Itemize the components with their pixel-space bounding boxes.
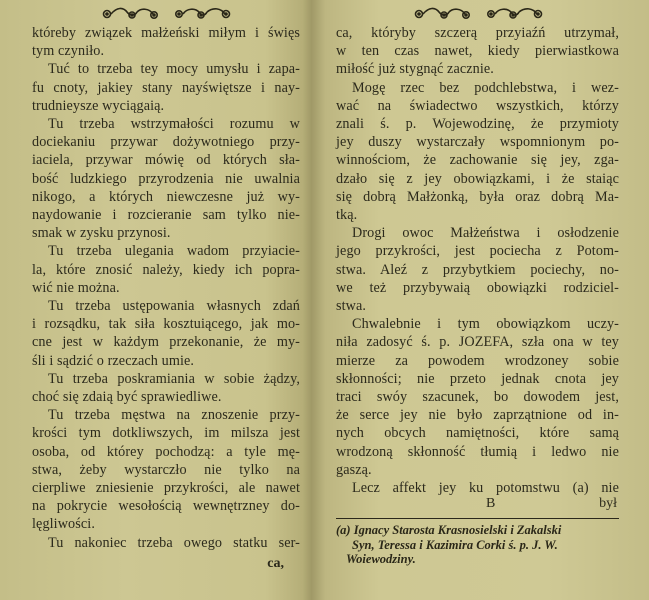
text-line: stwa. <box>336 297 619 315</box>
text-line: nych obcych namiętności, które samą <box>336 424 619 442</box>
text-line: Tuć to trzeba tey mocy umysłu i zapa- <box>32 60 300 78</box>
text-line: w ten czas nawet, kiedy pierwiastkowa <box>336 42 619 60</box>
scroll-ornament-icon <box>411 6 473 22</box>
text-line: ca, któryby szczerą przyiaźń utrzymał, <box>336 24 619 42</box>
text-line: jey duszy wystarczały wspomnionym po- <box>336 133 619 151</box>
signature-mark: B <box>486 496 495 512</box>
scroll-ornament-icon <box>99 6 161 22</box>
text-line: że serce jey nie było zaprzątnione od in… <box>336 406 619 424</box>
text-line: iaciela, przywar mówię od których sła- <box>32 151 300 169</box>
text-line: Tu nakoniec trzeba owego statku ser- <box>32 534 300 552</box>
text-line: wać na świadectwo wszystkich, którzy <box>336 97 619 115</box>
text-line: Chwalebnie i tym obowiązkom uczy- <box>336 315 619 333</box>
text-line: stwa, żeby wystarczło nie tylko na <box>32 461 300 479</box>
text-line: dociekaniu przywar dożywotniego przy- <box>32 133 300 151</box>
text-line: Tu trzeba wstrzymałości rozumu w <box>32 115 300 133</box>
text-line: tym czyniło. <box>32 42 300 60</box>
text-line: któreby związek małżeński miłym i święs <box>32 24 300 42</box>
text-line: Tu trzeba męstwa na znoszenie przy- <box>32 406 300 424</box>
footnote-line: (a) Ignacy Starosta Krasnosielski i Zaka… <box>336 523 561 537</box>
text-line: smak w zysku przynosi. <box>32 224 300 242</box>
text-line: dzało się z jey obowiązkami, i że staiąc <box>336 170 619 188</box>
text-line: mierze za powodem wrodzoney sobie <box>336 352 619 370</box>
text-line: bość ludzkiego przyrodzenia nie uwalnia <box>32 170 300 188</box>
text-line: fu cnoty, jakiey stany nayświętsze i nay… <box>32 79 300 97</box>
text-line: traci swóy szacunek, bo dowodem jest, <box>336 388 619 406</box>
text-line: choć się zdaią być sprawiedliwe. <box>32 388 300 406</box>
left-page: któreby związek małżeński miłym i święs … <box>0 0 312 600</box>
text-line: Mogę rzec bez podchlebstwa, i wez- <box>336 79 619 97</box>
text-line: lęgliwości. <box>32 515 300 533</box>
text-line: jego przykrości, jest pociecha z Potom- <box>336 242 619 260</box>
text-line: we też przybywaią obowiązki rodziciel- <box>336 279 619 297</box>
text-line: na pokrycie wesołością wewnętrzney do- <box>32 497 300 515</box>
text-line: stwa. Aleź z przybytkiem pociechy, no- <box>336 261 619 279</box>
right-page: ca, któryby szczerą przyiaźń utrzymał, w… <box>312 0 649 600</box>
text-line: cierpliwe zniesienie przykrości, ale naw… <box>32 479 300 497</box>
text-line: Tu trzeba poskramiania w sobie żądzy, <box>32 370 300 388</box>
text-line: gaszą. <box>336 461 619 479</box>
footnote-line: Woiewodziny. <box>336 552 619 567</box>
text-line: la, które znosić należy, kiedy ich popra… <box>32 261 300 279</box>
text-line: winnościom, że zachowanie się jey, zga- <box>336 151 619 169</box>
scroll-ornament-icon <box>483 6 545 22</box>
text-line: Lecz affekt jey ku potomstwu (a) nie <box>336 479 619 497</box>
catchword: był <box>599 496 617 512</box>
text-line: wrodzoną skłonność tłumią i ledwo nie <box>336 443 619 461</box>
text-line: tką. <box>336 206 619 224</box>
text-line: osoba, od którey pochodzą: a tyle mę- <box>32 443 300 461</box>
header-ornament <box>336 6 619 22</box>
text-line: trudnieysze wyciągaią. <box>32 97 300 115</box>
text-line: miłość już stygnąć zacznie. <box>336 60 619 78</box>
page-foot: B był <box>336 496 619 512</box>
text-line: się dobrą Małżonką, była oraz dobrą Ma- <box>336 188 619 206</box>
right-page-body: ca, któryby szczerą przyiaźń utrzymał, w… <box>336 24 619 567</box>
footnote: (a) Ignacy Starosta Krasnosielski i Zaka… <box>336 523 619 567</box>
text-line: krości tym dotkliwszych, im milsza jest <box>32 424 300 442</box>
text-line: znali ś. p. Wojewodzinę, że przymioty <box>336 115 619 133</box>
text-line: cne jest w każdym przekonanie, że my- <box>32 333 300 351</box>
text-line: niła zadosyć ś. p. JOZEFA, szła ona w te… <box>336 333 619 351</box>
header-ornament <box>32 6 300 22</box>
text-line: wić nie można. <box>32 279 300 297</box>
text-line: Tu trzeba ulegania wadom przyiacie- <box>32 242 300 260</box>
book-spread: któreby związek małżeński miłym i święs … <box>0 0 649 600</box>
text-line: i rozsądku, tak siła kosztuiącego, jak m… <box>32 315 300 333</box>
text-line: skłonności; nie przeto jednak cnota jey <box>336 370 619 388</box>
left-page-body: któreby związek małżeński miłym i święs … <box>32 24 300 572</box>
footnote-rule <box>336 518 619 519</box>
text-line: nikogo, a których niewczesne już wy- <box>32 188 300 206</box>
text-line: Tu trzeba ustępowania własnych zdań <box>32 297 300 315</box>
footnote-line: Syn, Teressa i Kazimira Corki ś. p. J. W… <box>336 538 619 553</box>
text-line: naydowanie i rozcieranie sam tylko nie- <box>32 206 300 224</box>
text-line: śli i sądzić o rzeczach umie. <box>32 352 300 370</box>
text-line: Drogi owoc Małżeństwa i osłodzenie <box>336 224 619 242</box>
catchword: ca, <box>32 556 300 572</box>
scroll-ornament-icon <box>171 6 233 22</box>
